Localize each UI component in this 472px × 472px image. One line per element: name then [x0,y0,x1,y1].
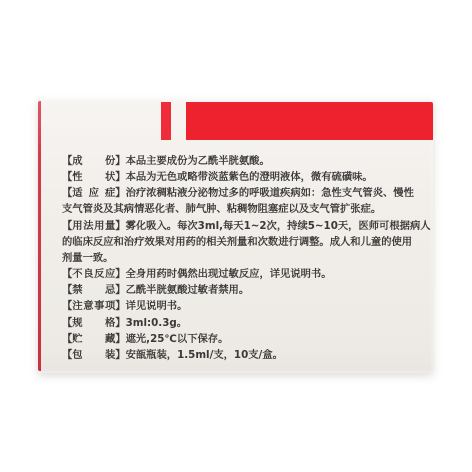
spec-label: 规格 [72,315,115,331]
spec-line-label: 【禁忌】乙酰半胱氨酸过敏者禁用。 [62,282,430,298]
spec-section-xingzhuang: 【性状】本品为无色或略带淡蓝紫色的澄明液体，微有硫磺味。 [62,169,430,185]
spec-line-continuation: 支气管炎及其病情恶化者、肺气肿、粘稠物阻塞症以及支气管扩张症。 [62,201,430,217]
label-bracket-close: 】 [115,218,125,234]
label-bracket-close: 】 [115,266,125,282]
label-bracket-open: 【 [62,347,72,363]
spec-section-zhuyishixiang: 【注意事项】详见说明书。 [62,298,430,314]
label-bracket-open: 【 [62,169,72,185]
spec-label: 用法用量 [72,218,115,234]
spec-line-label: 【包装】安瓿瓶装，1.5ml/支，10支/盒。 [62,347,430,363]
spec-label: 成份 [72,153,115,169]
spec-text: 全身用药时偶然出现过敏反应，详见说明书。 [126,268,332,280]
label-bracket-open: 【 [62,298,72,314]
spec-section-baozhuang: 【包装】安瓿瓶装，1.5ml/支，10支/盒。 [62,347,430,363]
spec-section-guige: 【规格】3ml:0.3g。 [62,315,430,331]
label-bracket-open: 【 [62,266,72,282]
spec-label: 适应症 [72,185,115,201]
label-bracket-open: 【 [62,185,72,201]
spec-text: 安瓿瓶装，1.5ml/支，10支/盒。 [126,349,283,361]
spec-label: 注意事项 [72,298,115,314]
spec-line-label: 【注意事项】详见说明书。 [62,298,430,314]
spec-line-continuation: 的临床反应和治疗效果对用药的相关剂量和次数进行调整。成人和儿童的使用 [62,234,430,250]
box-left-red-edge [38,101,41,371]
spec-line-label: 【性状】本品为无色或略带淡蓝紫色的澄明液体，微有硫磺味。 [62,169,430,185]
label-bracket-close: 】 [115,315,125,331]
drug-spec-text-block: 【成份】本品主要成份为乙酰半胱氨酸。【性状】本品为无色或略带淡蓝紫色的澄明液体，… [62,153,430,363]
label-bracket-open: 【 [62,331,72,347]
label-bracket-close: 】 [115,347,125,363]
label-bracket-open: 【 [62,153,72,169]
spec-line-label: 【成份】本品主要成份为乙酰半胱氨酸。 [62,153,430,169]
spec-line-label: 【贮藏】遮光,25℃以下保存。 [62,331,430,347]
spec-line-label: 【不良反应】全身用药时偶然出现过敏反应，详见说明书。 [62,266,430,282]
medicine-box-rear-panel: 【成份】本品主要成份为乙酰半胱氨酸。【性状】本品为无色或略带淡蓝紫色的澄明液体，… [38,100,433,373]
spec-line-label: 【适应症】治疗浓稠粘液分泌物过多的呼吸道疾病如：急性支气管炎、慢性 [62,185,430,201]
spec-line-label: 【规格】3ml:0.3g。 [62,315,430,331]
spec-section-chengfen: 【成份】本品主要成份为乙酰半胱氨酸。 [62,153,430,169]
label-bracket-open: 【 [62,218,72,234]
label-bracket-close: 】 [115,298,125,314]
label-bracket-open: 【 [62,315,72,331]
label-bracket-close: 】 [115,331,125,347]
spec-text: 本品为无色或略带淡蓝紫色的澄明液体，微有硫磺味。 [126,171,373,183]
spec-text: 3ml:0.3g。 [126,317,187,329]
label-bracket-close: 】 [115,185,125,201]
label-bracket-close: 】 [115,153,125,169]
red-band-main [186,102,433,140]
spec-text: 治疗浓稠粘液分泌物过多的呼吸道疾病如：急性支气管炎、慢性 [126,187,414,199]
spec-section-shiyingzheng: 【适应症】治疗浓稠粘液分泌物过多的呼吸道疾病如：急性支气管炎、慢性支气管炎及其病… [62,185,430,217]
label-bracket-open: 【 [62,282,72,298]
spec-text: 乙酰半胱氨酸过敏者禁用。 [126,284,250,296]
spec-section-buliangfanying: 【不良反应】全身用药时偶然出现过敏反应，详见说明书。 [62,266,430,282]
spec-section-jinji: 【禁忌】乙酰半胱氨酸过敏者禁用。 [62,282,430,298]
spec-label: 包装 [72,347,115,363]
label-bracket-close: 】 [115,169,125,185]
product-photo: 【成份】本品主要成份为乙酰半胱氨酸。【性状】本品为无色或略带淡蓝紫色的澄明液体，… [0,0,472,472]
label-bracket-close: 】 [115,282,125,298]
spec-line-label: 【用法用量】雾化吸入。每次3ml,每天1~2次，持续5~10天，医师可根据病人 [62,218,430,234]
spec-text: 遮光,25℃以下保存。 [126,333,229,345]
spec-label: 贮藏 [72,331,115,347]
red-band-small-stripe [161,102,171,140]
spec-label: 禁忌 [72,282,115,298]
spec-text: 详见说明书。 [126,300,188,312]
spec-text: 本品主要成份为乙酰半胱氨酸。 [126,155,270,167]
spec-section-zhucang: 【贮藏】遮光,25℃以下保存。 [62,331,430,347]
spec-line-continuation: 剂量一致。 [62,250,430,266]
spec-section-yongfayongliang: 【用法用量】雾化吸入。每次3ml,每天1~2次，持续5~10天，医师可根据病人的… [62,218,430,266]
spec-label: 不良反应 [72,266,115,282]
spec-text: 雾化吸入。每次3ml,每天1~2次，持续5~10天，医师可根据病人 [126,220,431,232]
spec-label: 性状 [72,169,115,185]
